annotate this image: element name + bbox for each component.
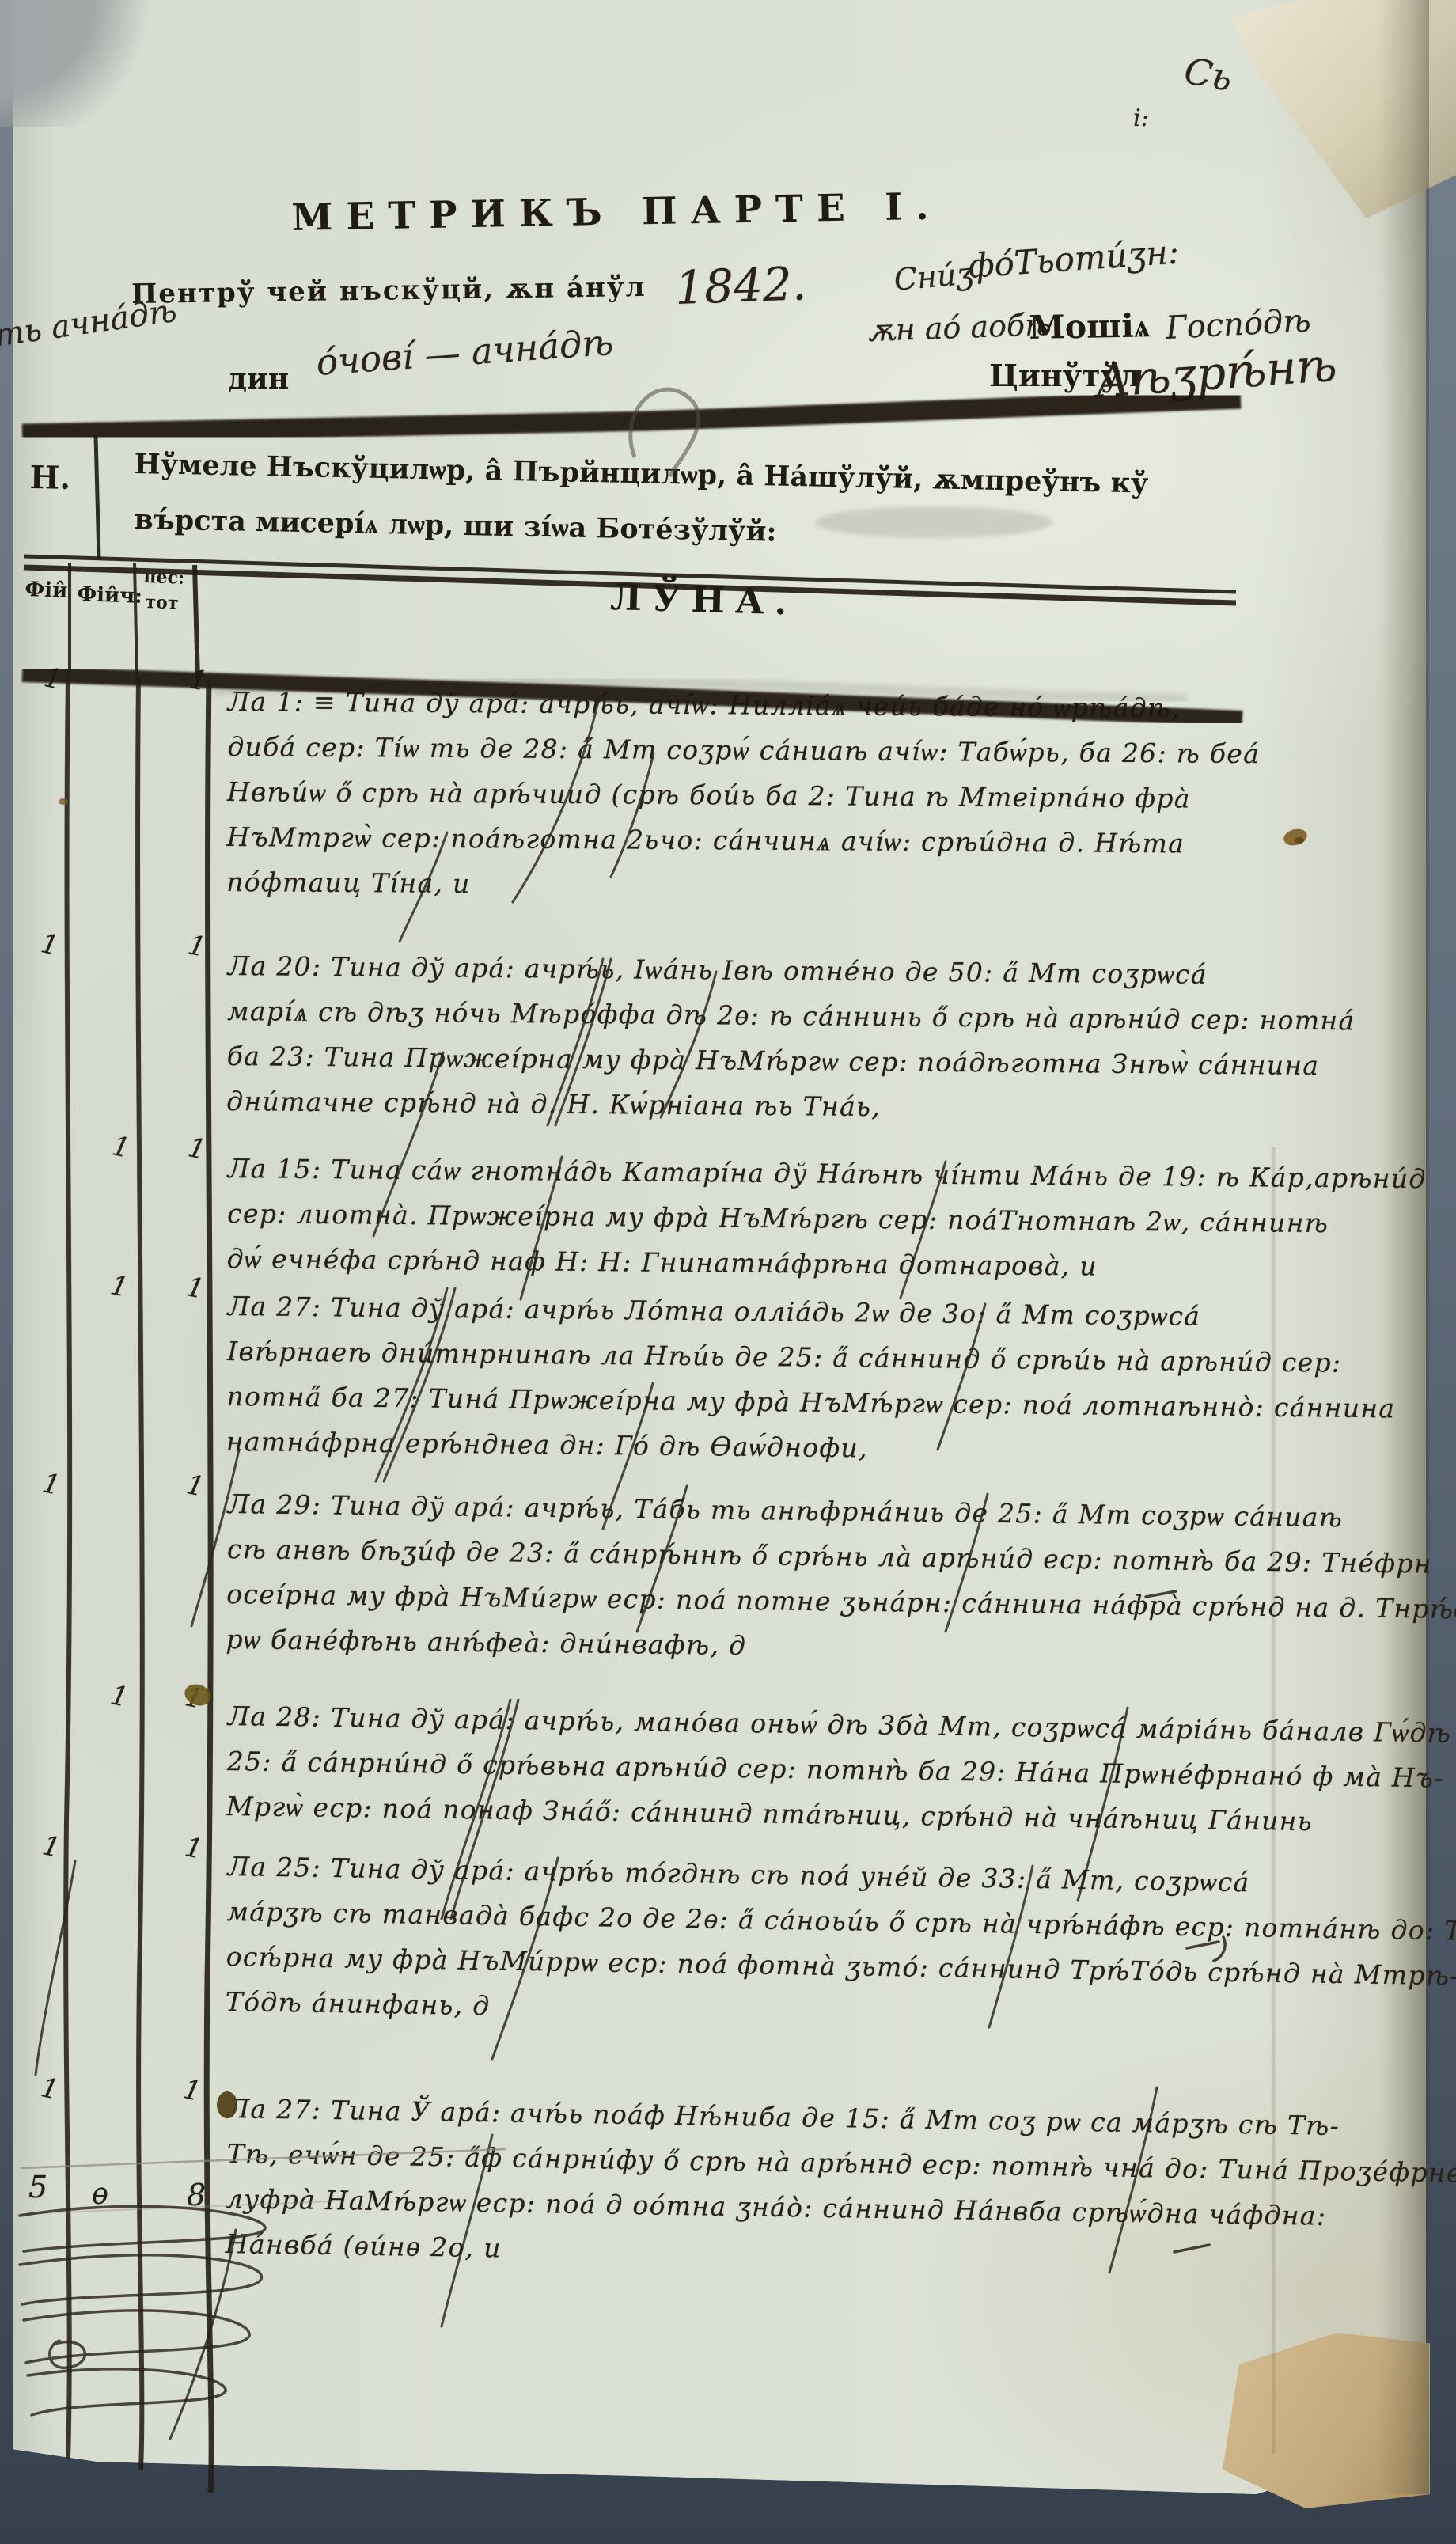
subcol-fii-label: Фіи̂ bbox=[25, 578, 68, 603]
photographed-register-page: { "header": { "title": "МЕТРИКЪ ПАРТЕ I.… bbox=[0, 0, 1456, 2544]
table-surface-corner bbox=[0, 0, 166, 127]
column-n-label: Н. bbox=[29, 459, 71, 497]
mosia-printed: Мошіѧ bbox=[1029, 306, 1151, 347]
subcol-pestetot-label-2: тот bbox=[145, 592, 179, 613]
month-column-header: ЛЎНА. bbox=[610, 576, 798, 624]
register-entry: Ла 15: Тина са́ѡ гнотна́дь Катарі́на дў … bbox=[227, 1146, 1427, 1291]
photo-background: МЕТРИКЪ ПАРТЕ I. Пентрў чей нъскўцй, ѫн … bbox=[0, 0, 1456, 2544]
hand-gospod: Госпо́дѣ bbox=[1165, 302, 1312, 347]
din-printed: дин bbox=[228, 362, 289, 396]
entry-line: по́фтаиц Ті́на, и bbox=[226, 859, 1259, 912]
register-entry: Ла 27: Тина Ў ара́: ачѣ́ь поа́ф Нѣ́ниба … bbox=[225, 2086, 1456, 2286]
entry-line: Ла 1: ≡ Тина дў ара́: ачрѣ́ь, ачі́ѡ: Нил… bbox=[228, 679, 1261, 731]
register-entry: Ла 29: Тина дў ара́: ачрѣ́ь, Та́бь ть ан… bbox=[226, 1481, 1456, 1678]
subcol-pestetot-label-1: пес: bbox=[143, 567, 185, 589]
entry-line: НъМтргѡ̀ сер: поа́ѣготна 2ьчо: са́нчинѧ … bbox=[226, 814, 1259, 866]
hand-small-note: Сни́ʒ bbox=[893, 256, 974, 298]
total-boys: 5 bbox=[28, 2170, 47, 2205]
total-all: 8 bbox=[187, 2178, 206, 2212]
register-entry: Ла 27: Тина дў ара́: ачрѣ́ь Ло́тна олліа… bbox=[226, 1283, 1397, 1476]
register-entry: Ла 20: Тина дў ара́: ачрѣ́ь, Іѡа́нь Івѣ … bbox=[226, 943, 1356, 1133]
subcol-fiice-label: Фіи̂ч: bbox=[77, 582, 142, 609]
hand-in-mosia: ѫн ао́ аобѣ bbox=[867, 307, 1052, 348]
hand-numeral: і: bbox=[1133, 104, 1149, 132]
hand-flourish-ce: Сь bbox=[1181, 49, 1236, 100]
register-entry: Ла 28: Тина дў ара́: ачрѣ́ь, мано́ва онь… bbox=[226, 1693, 1452, 1846]
total-girls: ѳ bbox=[92, 2176, 108, 2211]
register-entry: Ла 1: ≡ Тина дў ара́: ачрѣ́ь, ачі́ѡ: Нил… bbox=[226, 679, 1261, 912]
entry-line: диба́ сер: Ті́ѡ ть де 28: а̋ Мт соʒрѡ́ с… bbox=[227, 724, 1260, 776]
register-entry: Ла 25: Тина дў ара́: ачрѣ́ь то́гднѣ сѣ п… bbox=[225, 1844, 1456, 2045]
entry-line: Нвѣи́ѡ о̋ срѣ на̀ арѣ́чиид (срѣ бои́ь ба… bbox=[227, 769, 1260, 821]
year-handwritten: 1842. bbox=[674, 256, 807, 315]
